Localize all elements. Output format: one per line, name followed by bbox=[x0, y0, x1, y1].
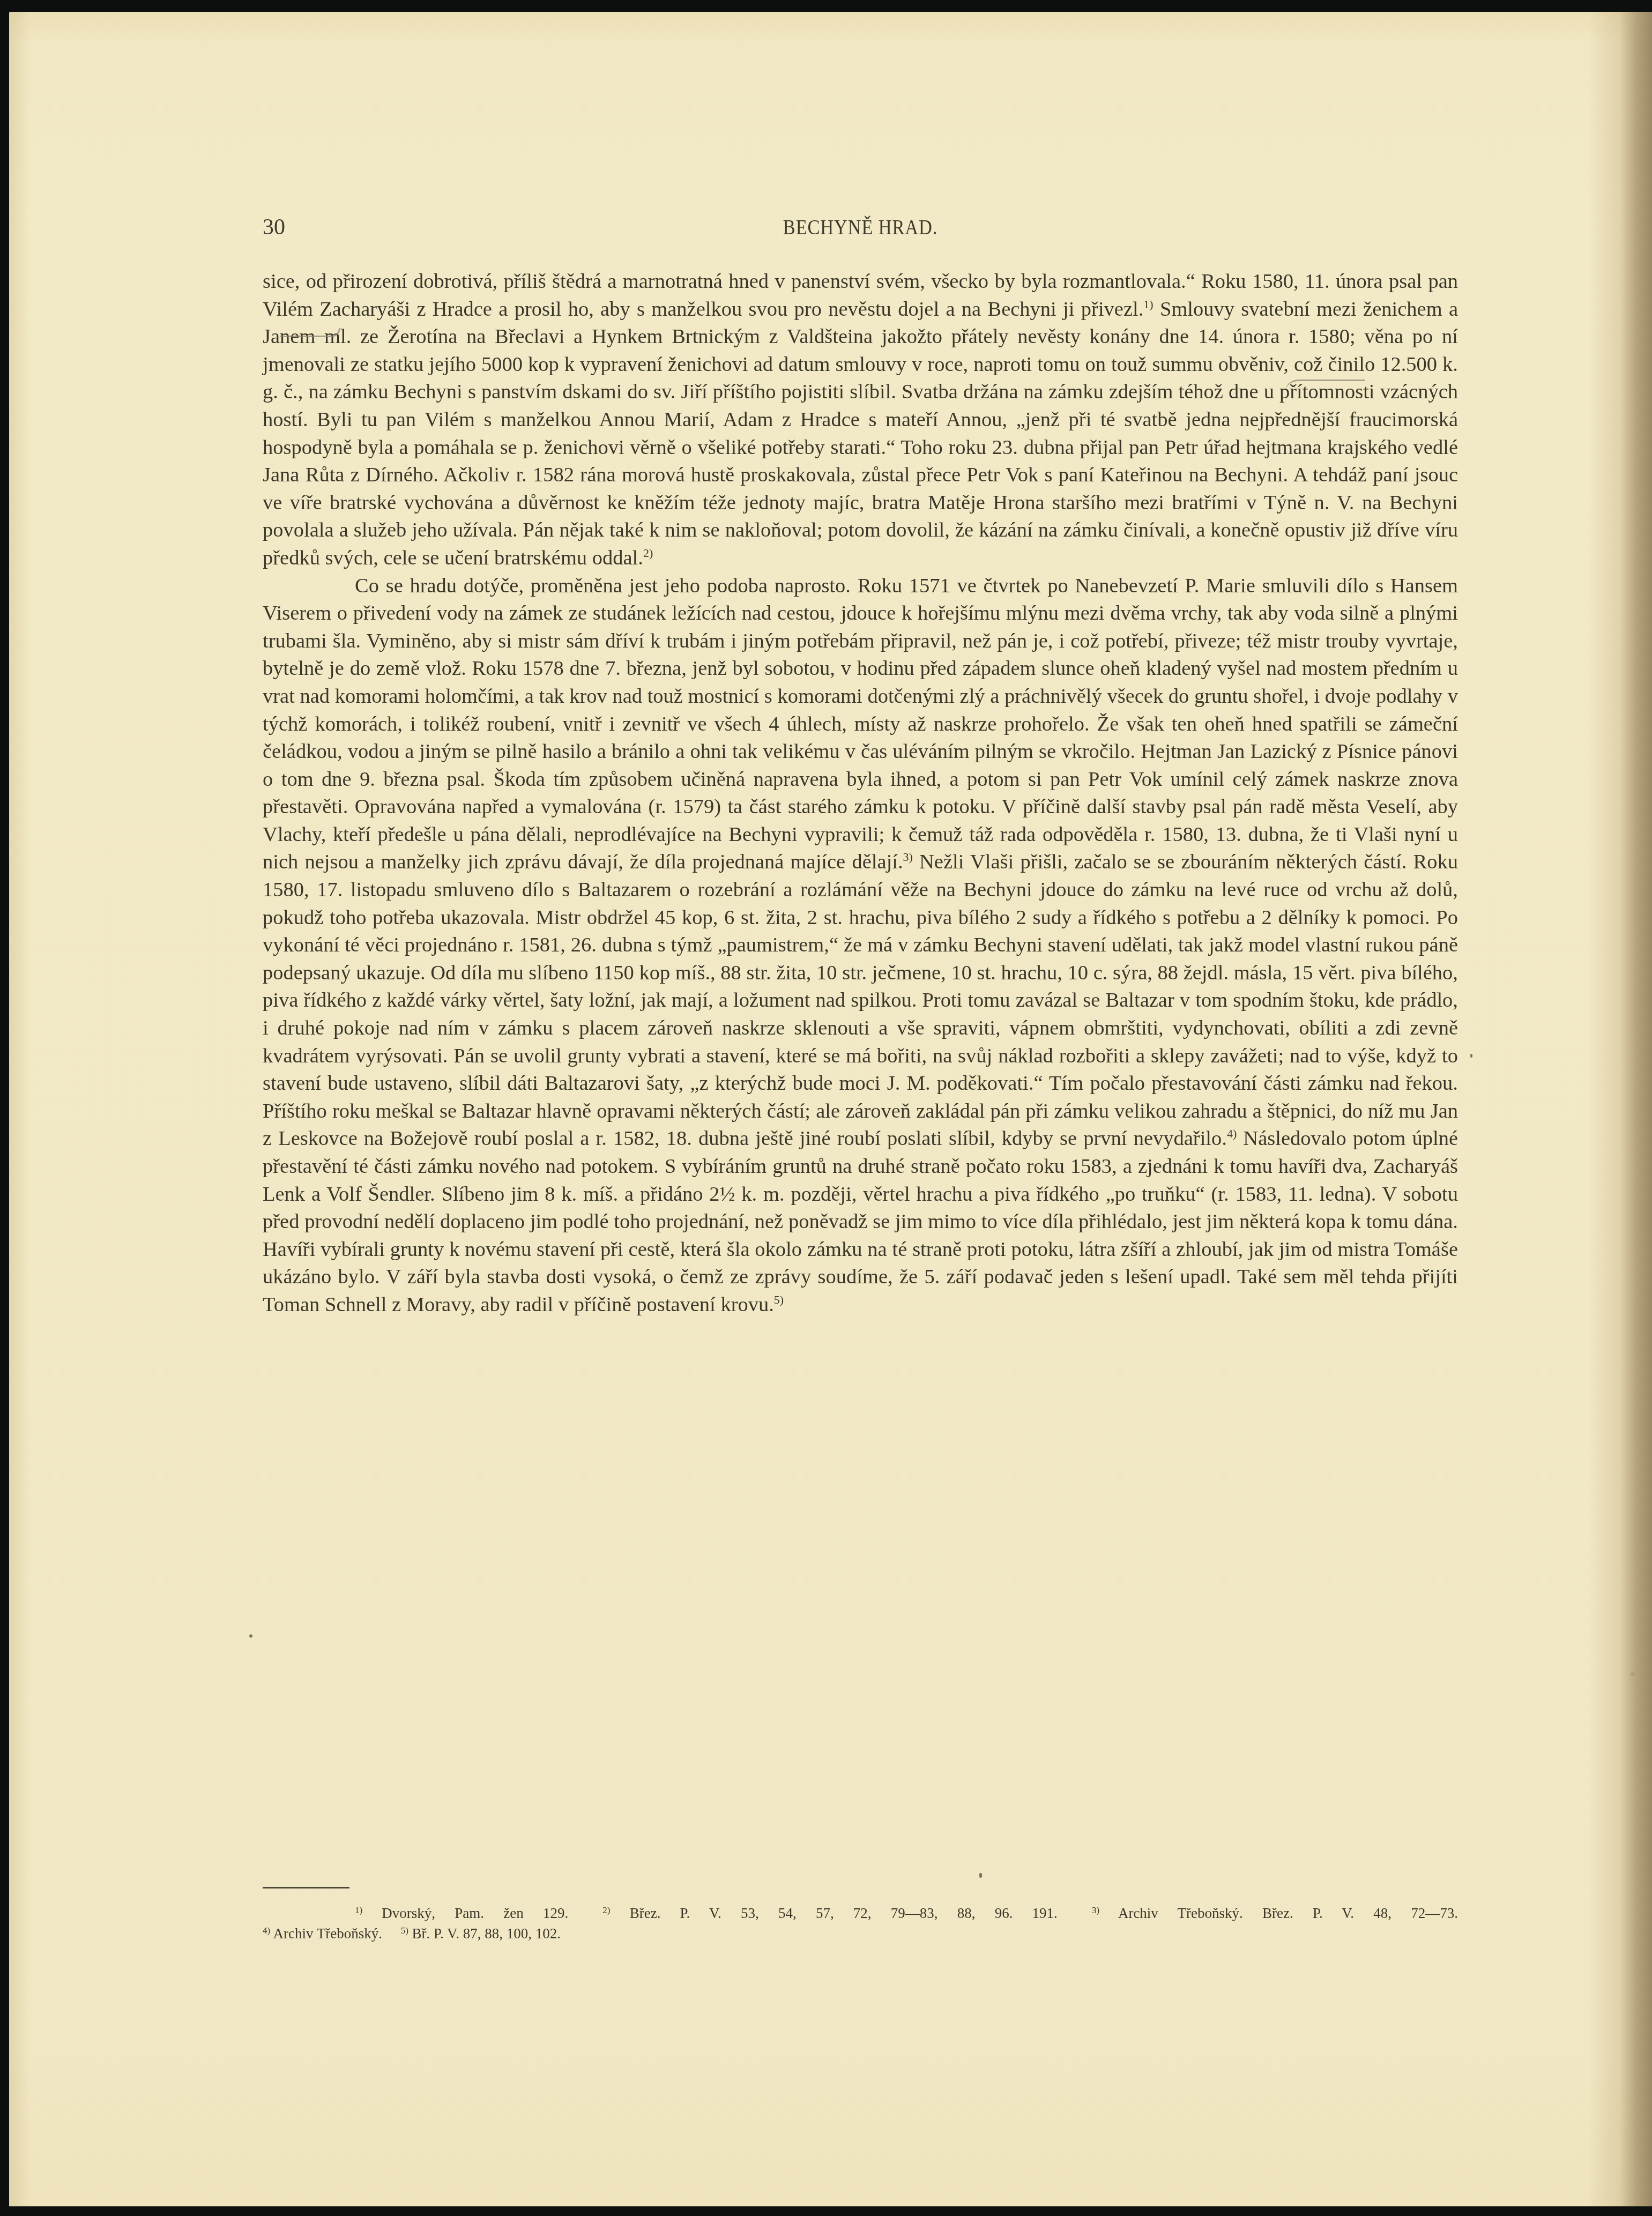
pencil-annotation-mark bbox=[1285, 380, 1365, 393]
footnote-4: 4) Archiv Třeboňský. bbox=[263, 1925, 382, 1942]
footnotes: 1) Dvorský, Pam. žen 129. 2) Břez. P. V.… bbox=[263, 1903, 1458, 1944]
footnote-ref: 2) bbox=[643, 546, 653, 560]
scan-border bbox=[0, 2206, 1652, 2216]
margin-speck bbox=[1470, 1054, 1472, 1058]
paragraph-text: Následovalo potom úplné přestavění té čá… bbox=[263, 1127, 1458, 1316]
running-title: BECHYNĚ HRAD. bbox=[346, 211, 1374, 243]
paragraph-text: Nežli Vlaši přišli, začalo se se zbourán… bbox=[263, 851, 1458, 1150]
margin-speck bbox=[1638, 1823, 1645, 1825]
footnote-line: 1) Dvorský, Pam. žen 129. 2) Břez. P. V.… bbox=[263, 1903, 1458, 1923]
footnote-ref: 3) bbox=[903, 850, 913, 864]
footnote-text: Břez. P. V. 53, 54, 57, 72, 79—83, 88, 9… bbox=[630, 1905, 1058, 1921]
footnote-number: 1) bbox=[355, 1905, 362, 1915]
footnote-3: 3) Archiv Třeboňský. Břez. P. V. 48, 72—… bbox=[1092, 1905, 1458, 1921]
footnote-text: Archiv Třeboňský. Břez. P. V. 48, 72—73. bbox=[1118, 1905, 1458, 1921]
footnote-ref: 4) bbox=[1227, 1127, 1237, 1140]
margin-speck bbox=[1631, 1672, 1646, 1676]
footnote-text: Dvorský, Pam. žen 129. bbox=[382, 1905, 568, 1921]
footnote-5: 5) Bř. P. V. 87, 88, 100, 102. bbox=[401, 1925, 561, 1942]
footnote-2: 2) Břez. P. V. 53, 54, 57, 72, 79—83, 88… bbox=[602, 1905, 1058, 1921]
body-text: sice, od přirození dobrotivá, příliš ště… bbox=[263, 268, 1458, 1319]
paragraph: sice, od přirození dobrotivá, příliš ště… bbox=[263, 268, 1458, 572]
pencil-annotation-mark bbox=[280, 328, 340, 337]
footnote-text: Bř. P. V. 87, 88, 100, 102. bbox=[412, 1925, 561, 1942]
running-head: 30 BECHYNĚ HRAD. bbox=[263, 211, 1458, 243]
footnote-line: 4) Archiv Třeboňský. 5) Bř. P. V. 87, 88… bbox=[263, 1923, 1458, 1944]
book-page: 30 BECHYNĚ HRAD. sice, od přirození dobr… bbox=[9, 12, 1652, 2207]
margin-speck bbox=[979, 1873, 982, 1878]
footnote-number: 5) bbox=[401, 1925, 408, 1936]
footnote-1: 1) Dvorský, Pam. žen 129. bbox=[355, 1905, 568, 1921]
footnote-ref: 5) bbox=[774, 1293, 784, 1306]
footnote-number: 3) bbox=[1092, 1905, 1099, 1915]
paragraph-text: Co se hradu dotýče, proměněna jest jeho … bbox=[263, 575, 1458, 874]
footnote-text: Archiv Třeboňský. bbox=[273, 1925, 382, 1942]
margin-speck bbox=[1639, 1833, 1647, 1836]
footnote-ref: 1) bbox=[1143, 298, 1153, 311]
footnote-number: 4) bbox=[263, 1925, 270, 1936]
margin-speck bbox=[249, 1634, 252, 1638]
page-number: 30 bbox=[263, 211, 285, 243]
footnote-divider bbox=[263, 1887, 349, 1888]
footnote-number: 2) bbox=[602, 1905, 610, 1915]
paragraph: Co se hradu dotýče, proměněna jest jeho … bbox=[263, 572, 1458, 1319]
paragraph-text: Smlouvy svatební mezi ženichem a Janem m… bbox=[263, 298, 1458, 569]
